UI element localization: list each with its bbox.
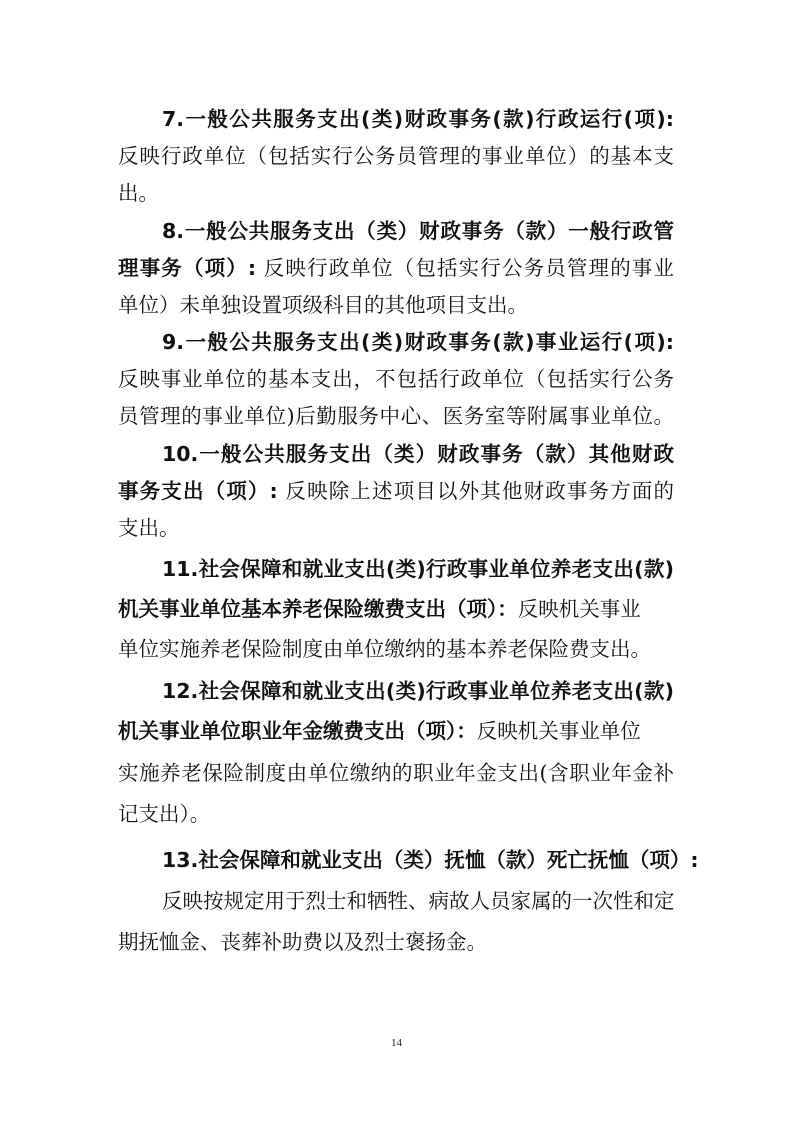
item-body: 期抚恤金、丧葬补助费以及烈士褒扬金。: [118, 929, 674, 955]
item-heading: 13.社会保障和就业支出（类）抚恤（款）死亡抚恤（项）:: [162, 847, 674, 873]
page-number: 14: [0, 1037, 793, 1049]
item-body: 反映机关事业单位: [477, 719, 641, 743]
item-body: 员管理的事业单位)后勤服务中心、医务室等附属事业单位。: [118, 403, 674, 429]
item-body-line: 事务支出（项）: 反映除上述项目以外其他财政事务方面的: [118, 478, 674, 504]
item-body-line: 机关事业单位职业年金缴费支出（项）：反映机关事业单位: [118, 718, 674, 744]
item-body: 出。: [118, 180, 674, 206]
item-heading: 理事务（项）:: [118, 256, 256, 280]
item-heading: 10.一般公共服务支出（类）财政事务（款）其他财政: [162, 441, 674, 467]
item-heading: 12.社会保障和就业支出(类)行政事业单位养老支出(款): [162, 678, 674, 704]
item-heading: 机关事业单位基本养老保险缴费支出（项）：: [118, 597, 518, 621]
item-heading: 机关事业单位职业年金缴费支出（项）：: [118, 719, 477, 743]
item-body: 单位实施养老保险制度由单位缴纳的基本养老保险费支出。: [118, 636, 674, 662]
item-body: 单位）未单独设置项级科目的其他项目支出。: [118, 292, 674, 318]
item-body: 记支出）。: [118, 801, 674, 827]
item-heading: 11.社会保障和就业支出(类)行政事业单位养老支出(款): [162, 556, 674, 582]
item-heading: 7.一般公共服务支出(类)财政事务(款)行政运行(项):: [162, 106, 674, 132]
item-heading: 事务支出（项）:: [118, 479, 278, 503]
item-body: 实施养老保险制度由单位缴纳的职业年金支出(含职业年金补: [118, 760, 674, 786]
item-body: 反映事业单位的基本支出，不包括行政单位（包括实行公务: [118, 366, 674, 392]
item-body-line: 机关事业单位基本养老保险缴费支出（项）：反映机关事业: [118, 596, 674, 622]
item-body-line: 理事务（项）: 反映行政单位（包括实行公务员管理的事业: [118, 255, 674, 281]
item-heading: 9.一般公共服务支出(类)财政事务(款)事业运行(项):: [162, 329, 674, 355]
item-body: 支出。: [118, 515, 674, 541]
item-body: 反映行政单位（包括实行公务员管理的事业: [256, 256, 674, 280]
item-body: 反映机关事业: [518, 597, 641, 621]
item-body: 反映行政单位（包括实行公务员管理的事业单位）的基本支: [118, 143, 674, 169]
item-body: 反映除上述项目以外其他财政事务方面的: [278, 479, 674, 503]
item-heading: 8.一般公共服务支出（类）财政事务（款）一般行政管: [162, 218, 674, 244]
item-body: 反映按规定用于烈士和牺牲、病故人员家属的一次性和定: [162, 888, 674, 914]
